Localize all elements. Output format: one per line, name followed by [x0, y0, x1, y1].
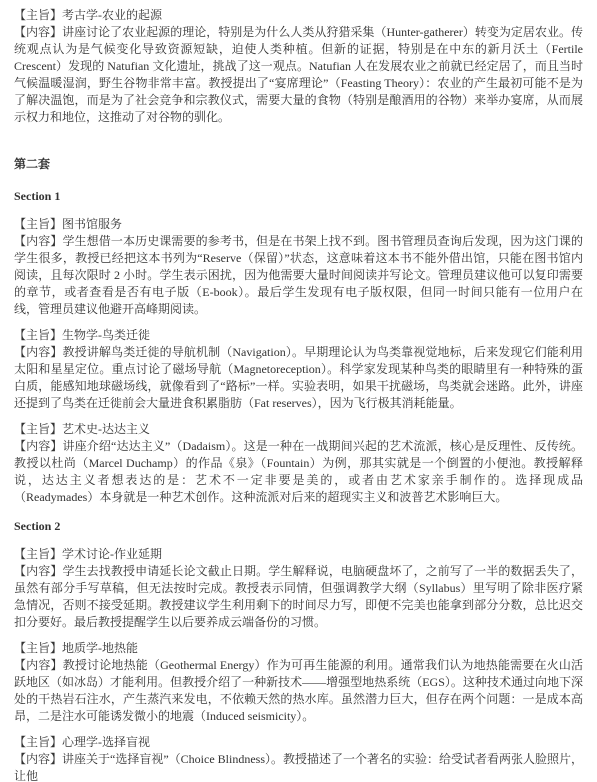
- content-label: 【内容】: [14, 345, 63, 359]
- subject-text: 地质学-地热能: [62, 641, 138, 655]
- topic-block-archaeology: 【主旨】考古学-农业的起源 【内容】讲座讨论了农业起源的理论，特别是为什么人类从…: [14, 7, 583, 126]
- subject-line: 【主旨】考古学-农业的起源: [14, 7, 583, 24]
- subject-label: 【主旨】: [14, 328, 62, 342]
- content-paragraph: 【内容】讲座关于“选择盲视”（Choice Blindness）。教授描述了一个…: [14, 751, 583, 782]
- content-paragraph: 【内容】教授讨论地热能（Geothermal Energy）作为可再生能源的利用…: [14, 657, 583, 725]
- subject-text: 考古学-农业的起源: [62, 8, 162, 22]
- content-text: 学生去找教授申请延长论文截止日期。学生解释说，电脑硬盘坏了，之前写了一半的数据丢…: [14, 564, 583, 629]
- subject-line: 【主旨】图书馆服务: [14, 216, 583, 233]
- document-page: 【主旨】考古学-农业的起源 【内容】讲座讨论了农业起源的理论，特别是为什么人类从…: [0, 0, 597, 782]
- subject-line: 【主旨】心理学-选择盲视: [14, 734, 583, 751]
- content-text: 教授讲解鸟类迁徙的导航机制（Navigation）。早期理论认为鸟类靠视觉地标，…: [14, 345, 583, 410]
- content-paragraph: 【内容】讲座介绍“达达主义”（Dadaism）。这是一种在一战期间兴起的艺术流派…: [14, 438, 583, 506]
- subject-line: 【主旨】学术讨论-作业延期: [14, 546, 583, 563]
- content-label: 【内容】: [14, 564, 62, 578]
- subject-label: 【主旨】: [14, 641, 62, 655]
- subject-line: 【主旨】艺术史-达达主义: [14, 421, 583, 438]
- content-paragraph: 【内容】学生去找教授申请延长论文截止日期。学生解释说，电脑硬盘坏了，之前写了一半…: [14, 563, 583, 631]
- content-text: 讲座介绍“达达主义”（Dadaism）。这是一种在一战期间兴起的艺术流派，核心是…: [14, 439, 583, 504]
- content-label: 【内容】: [14, 439, 63, 453]
- topic-block-geothermal-energy: 【主旨】地质学-地热能 【内容】教授讨论地热能（Geothermal Energ…: [14, 640, 583, 725]
- content-text: 讲座关于“选择盲视”（Choice Blindness）。教授描述了一个著名的实…: [14, 752, 583, 782]
- subject-label: 【主旨】: [14, 422, 62, 436]
- set-heading: 第二套: [14, 156, 583, 173]
- content-label: 【内容】: [14, 752, 62, 766]
- subject-label: 【主旨】: [14, 8, 62, 22]
- topic-block-library-services: 【主旨】图书馆服务 【内容】学生想借一本历史课需要的参考书，但是在书架上找不到。…: [14, 216, 583, 318]
- topic-block-bird-migration: 【主旨】生物学-鸟类迁徙 【内容】教授讲解鸟类迁徙的导航机制（Navigatio…: [14, 327, 583, 412]
- subject-text: 图书馆服务: [62, 217, 122, 231]
- topic-block-dadaism: 【主旨】艺术史-达达主义 【内容】讲座介绍“达达主义”（Dadaism）。这是一…: [14, 421, 583, 506]
- content-paragraph: 【内容】教授讲解鸟类迁徙的导航机制（Navigation）。早期理论认为鸟类靠视…: [14, 344, 583, 412]
- section-1-heading: Section 1: [14, 188, 583, 205]
- subject-text: 学术讨论-作业延期: [62, 547, 162, 561]
- topic-block-choice-blindness: 【主旨】心理学-选择盲视 【内容】讲座关于“选择盲视”（Choice Blind…: [14, 734, 583, 782]
- content-text: 教授讨论地热能（Geothermal Energy）作为可再生能源的利用。通常我…: [14, 658, 583, 723]
- content-paragraph: 【内容】讲座讨论了农业起源的理论，特别是为什么人类从狩猎采集（Hunter-ga…: [14, 24, 583, 126]
- subject-line: 【主旨】生物学-鸟类迁徙: [14, 327, 583, 344]
- content-paragraph: 【内容】学生想借一本历史课需要的参考书，但是在书架上找不到。图书管理员查询后发现…: [14, 233, 583, 318]
- subject-text: 生物学-鸟类迁徙: [62, 328, 150, 342]
- subject-text: 心理学-选择盲视: [62, 735, 150, 749]
- content-label: 【内容】: [14, 25, 62, 39]
- section-2-heading: Section 2: [14, 518, 583, 535]
- content-text: 学生想借一本历史课需要的参考书，但是在书架上找不到。图书管理员查询后发现，因为这…: [14, 234, 583, 316]
- subject-label: 【主旨】: [14, 217, 62, 231]
- topic-block-assignment-extension: 【主旨】学术讨论-作业延期 【内容】学生去找教授申请延长论文截止日期。学生解释说…: [14, 546, 583, 631]
- subject-label: 【主旨】: [14, 547, 62, 561]
- content-text: 讲座讨论了农业起源的理论，特别是为什么人类从狩猎采集（Hunter-gather…: [14, 25, 583, 124]
- subject-text: 艺术史-达达主义: [62, 422, 150, 436]
- content-label: 【内容】: [14, 234, 62, 248]
- subject-line: 【主旨】地质学-地热能: [14, 640, 583, 657]
- subject-label: 【主旨】: [14, 735, 62, 749]
- content-label: 【内容】: [14, 658, 63, 672]
